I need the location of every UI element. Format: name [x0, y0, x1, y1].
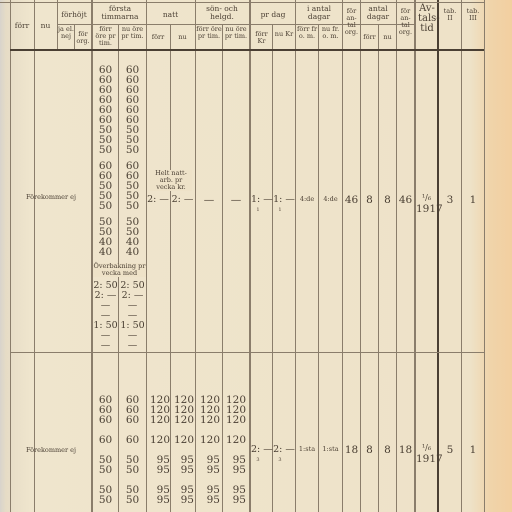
- row1-natt-forr: 2: —: [146, 195, 170, 205]
- value: 95: [196, 495, 220, 505]
- row1-ad-forr: 8: [361, 195, 378, 205]
- value: 60: [93, 435, 118, 445]
- header-natt-forr: förr: [146, 34, 170, 41]
- rule: [295, 0, 296, 512]
- rule: [272, 24, 273, 512]
- row1-tab-iii: 1: [462, 195, 484, 205]
- header-natt: natt: [146, 11, 195, 19]
- rule: [396, 0, 397, 512]
- row2-iad-nu: 1:sta: [319, 446, 342, 453]
- row2-ft-forr-column: 60 60 60 60 50 50 50 50: [93, 395, 118, 505]
- value: 95: [170, 465, 194, 475]
- header-iad-forr: förr fr o. m.: [296, 26, 318, 40]
- header-forhojt-for-org: för org.: [75, 31, 91, 45]
- row1-label: Förekommer ej: [12, 194, 90, 201]
- rule: [34, 0, 35, 512]
- row2-tab-iii: 1: [462, 445, 484, 455]
- row2-ad-nu: 8: [379, 445, 396, 455]
- row2-tab-ii: 5: [439, 445, 461, 455]
- value: 50: [119, 201, 146, 211]
- value: —: [93, 341, 118, 351]
- header-antal-dagar: antal dagar: [364, 5, 392, 20]
- header-ad-nu: nu: [379, 34, 396, 41]
- row2-ad-forr: 8: [361, 445, 378, 455]
- value: 120: [170, 435, 194, 445]
- row2-label: Förekommer ej: [12, 447, 90, 454]
- value: 50: [93, 201, 118, 211]
- value: 95: [146, 465, 170, 475]
- header-i-antal-dagar: i antal dagar: [300, 5, 338, 20]
- row2-iad-forr: 1:sta: [296, 446, 318, 453]
- header-son-helgd: sön- och helgd.: [200, 5, 244, 20]
- rule: [437, 0, 439, 512]
- header-for-antal-org-2: för an- tal org.: [397, 8, 414, 36]
- header-bottom-rule: [10, 49, 484, 51]
- rule: [318, 24, 319, 512]
- row2-sh-forr-column: 120 120 120 120 95 95 95 95: [196, 395, 220, 505]
- header-tab-iii: tab. III: [464, 8, 482, 22]
- value: 50: [93, 465, 118, 475]
- header-ft-nu: nu öre pr tim.: [119, 26, 146, 40]
- row2-sh-nu-column: 120 120 120 120 95 95 95 95: [222, 395, 246, 505]
- row2-pd-nu-sub: 3: [273, 456, 287, 464]
- value: 95: [170, 495, 194, 505]
- row2-ft-nu-column: 60 60 60 60 50 50 50 50: [119, 395, 146, 505]
- header-nu: nu: [34, 22, 57, 30]
- row1-ob-nu-column: 2: 50 2: — — — 1: 50 — —: [119, 281, 146, 351]
- value: 60: [93, 415, 118, 425]
- row1-natt-note: Helt natt- arb. pr vecka kr.: [150, 170, 192, 191]
- row1-ob-forr-column: 2: 50 2: — — — 1: 50 — —: [93, 281, 118, 351]
- row1-ft-forr-column: 60 60 60 60 60 60 50 50 50 60 60 50 50 5…: [93, 65, 118, 257]
- header-avtalstid: Av- tals- tid: [418, 4, 436, 34]
- row2-natt-nu-column: 120 120 120 120 95 95 95 95: [170, 395, 194, 505]
- header-natt-nu: nu: [170, 34, 195, 41]
- header-pr-dag: pr dag: [251, 11, 295, 19]
- value: —: [119, 341, 146, 351]
- row2-pd-forr-sub: 3: [251, 456, 265, 464]
- value: 50: [119, 465, 146, 475]
- rule: [342, 0, 343, 512]
- row1-iad-forr: 4:de: [296, 196, 318, 203]
- rule: [484, 0, 485, 512]
- header-pd-nu: nu Kr: [273, 31, 295, 38]
- header-forhojt: förhöjt: [57, 11, 91, 19]
- row1-pd-nu: 1: —: [273, 195, 295, 205]
- row1-avtalstid-frac: ¹/₆: [416, 194, 437, 202]
- value: 95: [222, 495, 246, 505]
- value: 95: [146, 495, 170, 505]
- row1-sh-nu: —: [223, 195, 249, 205]
- value: 50: [119, 495, 146, 505]
- value: 120: [222, 415, 246, 425]
- value: 50: [93, 495, 118, 505]
- row2-for-antal-org-2: 18: [397, 445, 414, 455]
- rule: [378, 24, 379, 512]
- header-for-antal-org-1: för an- tal org.: [343, 8, 360, 36]
- header-forr: förr: [10, 22, 34, 30]
- row1-overbakning-note: Överbakning pr vecka med: [93, 263, 146, 277]
- row1-sh-forr: —: [196, 195, 222, 205]
- value: 120: [146, 415, 170, 425]
- row2-avtalstid-frac: ¹/₆: [416, 444, 437, 452]
- rule: [0, 2, 484, 3]
- row1-for-antal-org-1: 46: [343, 195, 360, 205]
- row1-ft-nu-column: 60 60 60 60 60 60 50 50 50 60 60 50 50 5…: [119, 65, 146, 257]
- rule: [10, 0, 11, 512]
- row1-pd-nu-sub: 1: [273, 206, 287, 214]
- value: 120: [146, 435, 170, 445]
- row2-natt-forr-column: 120 120 120 120 95 95 95 95: [146, 395, 171, 505]
- row2-avtalstid-year: 1917: [416, 454, 437, 464]
- header-forhojt-ja-el-nej: ja el. nej: [58, 26, 74, 40]
- value: 60: [119, 435, 146, 445]
- rule: [360, 0, 361, 512]
- value: 40: [93, 247, 118, 257]
- row1-iad-nu: 4:de: [319, 196, 342, 203]
- row1-pd-forr: 1: —: [251, 195, 272, 205]
- value: 60: [119, 415, 146, 425]
- header-forsta-timmarna: första timmarna: [98, 5, 142, 20]
- row1-pd-forr-sub: 1: [251, 206, 265, 214]
- row1-natt-nu: 2: —: [170, 195, 195, 205]
- row1-for-antal-org-2: 46: [397, 195, 414, 205]
- row2-pd-forr: 2: —: [251, 445, 272, 455]
- rule: [461, 0, 462, 512]
- value: 95: [222, 465, 246, 475]
- row2-for-antal-org-1: 18: [343, 445, 360, 455]
- row1-avtalstid-year: 1917: [416, 204, 437, 214]
- row1-ad-nu: 8: [379, 195, 396, 205]
- value: 95: [196, 465, 220, 475]
- header-iad-nu: nu fr. o. m.: [319, 26, 342, 40]
- value: 120: [196, 415, 220, 425]
- header-sh-forr: förr öre pr tim.: [196, 26, 222, 40]
- value: 120: [196, 435, 220, 445]
- rule: [249, 0, 251, 512]
- rule: [414, 0, 416, 512]
- row-divider: [10, 352, 484, 353]
- scanned-page: förr nu förhöjt ja el. nej för org. förs…: [0, 0, 512, 512]
- value: 120: [170, 415, 194, 425]
- value: 120: [222, 435, 246, 445]
- header-ft-forr: förr öre pr tim.: [93, 26, 118, 47]
- header-sh-nu: nu öre pr tim.: [223, 26, 249, 40]
- value: 50: [119, 145, 146, 155]
- header-ad-forr: förr: [361, 34, 378, 41]
- value: 50: [93, 145, 118, 155]
- row1-tab-ii: 3: [439, 195, 461, 205]
- header-pd-forr: förr Kr: [251, 31, 272, 45]
- row2-pd-nu: 2: —: [273, 445, 295, 455]
- header-tab-ii: tab. II: [441, 8, 459, 22]
- value: 40: [119, 247, 146, 257]
